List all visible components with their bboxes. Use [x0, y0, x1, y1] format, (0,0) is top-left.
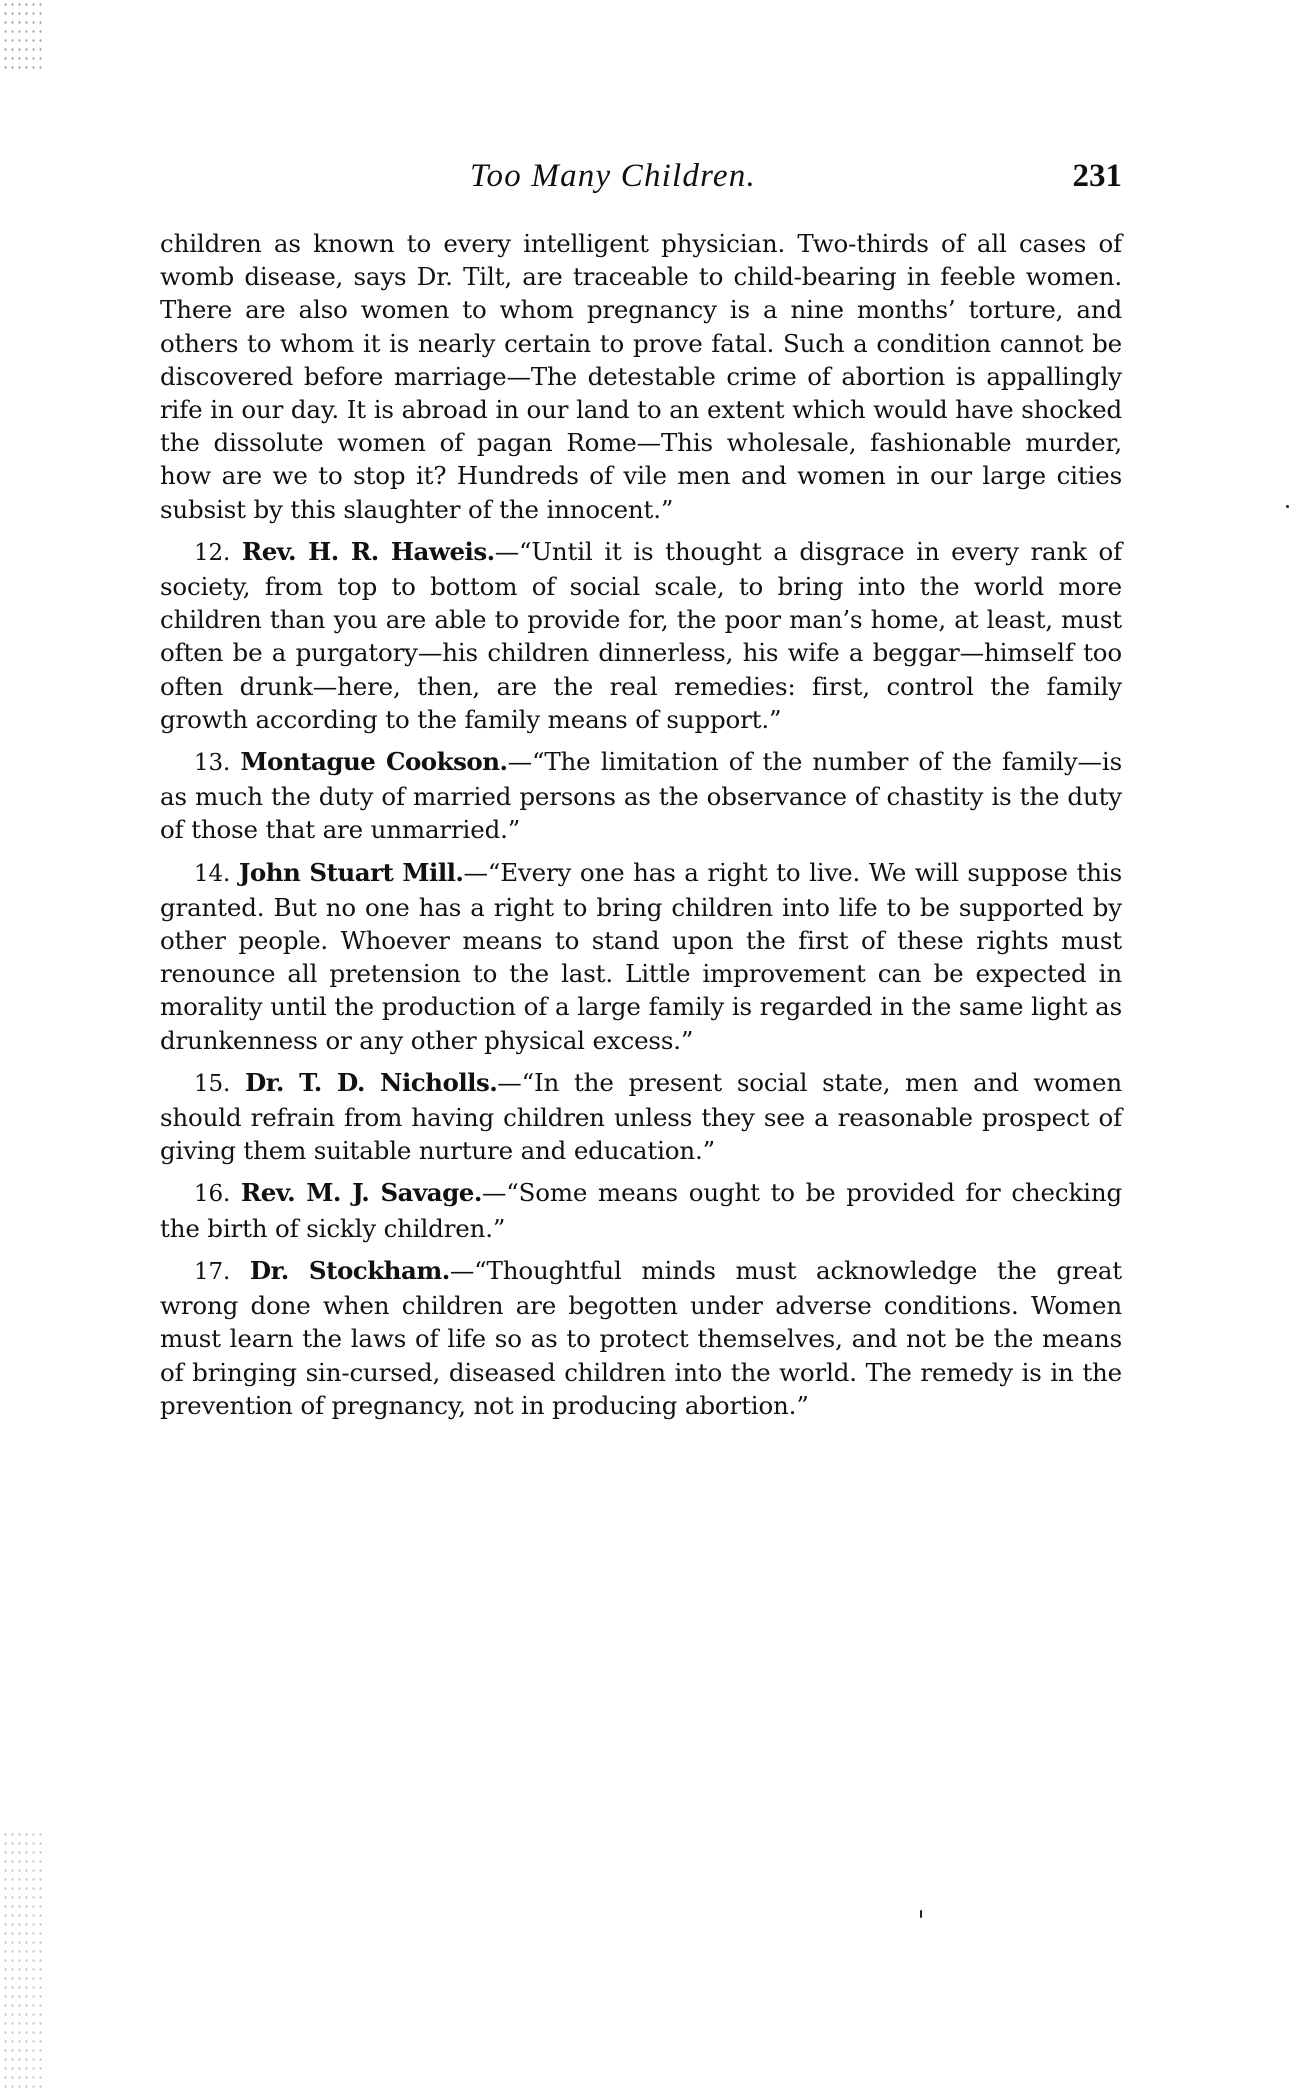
paragraph-12: 12. Rev. H. R. Haweis.—“Until it is thou… — [160, 535, 1122, 736]
paragraph-14: 14. John Stuart Mill.—“Every one has a r… — [160, 856, 1122, 1057]
running-head: Too Many Children. 231 — [152, 158, 1122, 198]
paragraph-number: 12. — [194, 540, 230, 566]
quoted-author: Dr. T. D. Nicholls. — [245, 1068, 497, 1097]
quoted-author: Rev. H. R. Haweis. — [242, 537, 495, 566]
page-body: children as known to every intelligent p… — [160, 227, 1122, 1431]
paragraph-15: 15. Dr. T. D. Nicholls.—“In the present … — [160, 1066, 1122, 1168]
scan-gutter-noise — [2, 1830, 42, 2090]
paragraph-text: children as known to every intelligent p… — [160, 229, 1122, 524]
page-number: 231 — [1073, 158, 1123, 194]
paragraph-continuation: children as known to every intelligent p… — [160, 227, 1122, 526]
quoted-author: Dr. Stockham. — [250, 1256, 450, 1285]
paragraph-number: 16. — [194, 1181, 230, 1207]
quoted-author: Montague Cookson. — [240, 747, 507, 776]
running-title: Too Many Children. — [470, 158, 756, 194]
paragraph-number: 17. — [194, 1259, 230, 1285]
paragraph-number: 15. — [194, 1071, 230, 1097]
paragraph-17: 17. Dr. Stockham.—“Thoughtful minds must… — [160, 1254, 1122, 1422]
paragraph-13: 13. Montague Cookson.—“The limitation of… — [160, 745, 1122, 847]
paragraph-number: 13. — [194, 750, 230, 776]
quoted-author: Rev. M. J. Savage. — [241, 1178, 482, 1207]
paragraph-text: —“Every one has a right to live. We will… — [160, 858, 1122, 1055]
paragraph-16: 16. Rev. M. J. Savage.—“Some means ought… — [160, 1176, 1122, 1244]
scan-gutter-noise — [2, 0, 42, 70]
paragraph-text: —“Until it is thought a disgrace in ever… — [160, 537, 1122, 734]
scan-speck — [1286, 505, 1289, 508]
paragraph-number: 14. — [194, 861, 230, 887]
scan-speck — [920, 1910, 922, 1918]
quoted-author: John Stuart Mill. — [239, 858, 464, 887]
